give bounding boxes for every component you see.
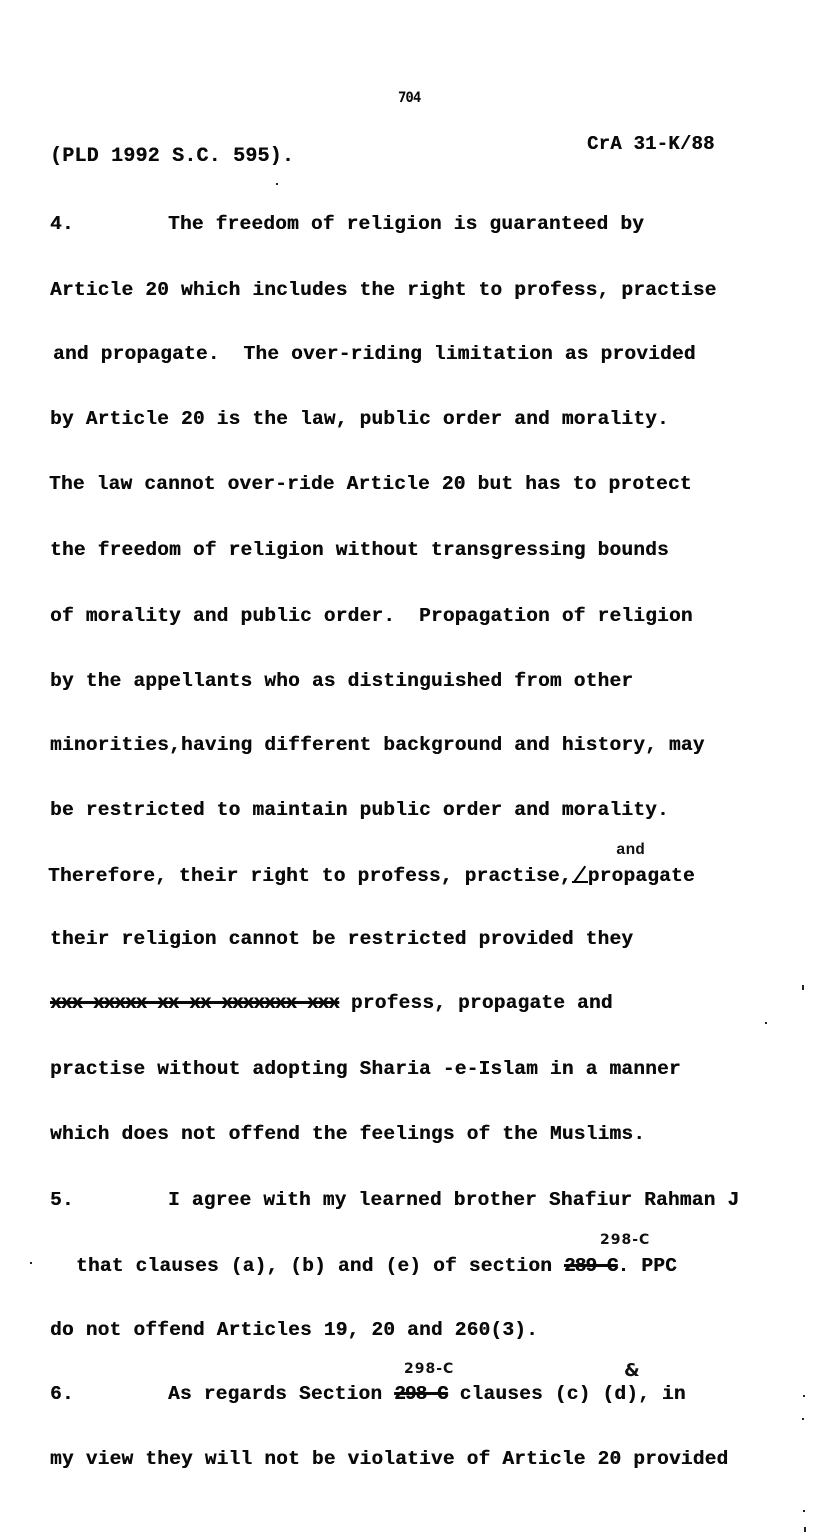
handwritten-ampersand-insert: &: [624, 1360, 641, 1381]
text: I agree with my learned brother Shafiur …: [168, 1189, 739, 1211]
scan-speck: [802, 1418, 804, 1420]
paragraph-4-line-14: practise without adopting Sharia -e-Isla…: [50, 1058, 681, 1080]
text: The freedom of religion is guaranteed by: [168, 213, 644, 235]
text: profess, propagate and: [351, 992, 613, 1014]
struck-section-number: 298-C: [394, 1383, 448, 1405]
handwritten-correction: 298-C: [600, 1232, 650, 1248]
text: Therefore, their right to profess, pract…: [48, 865, 572, 887]
paragraph-4-line-7: of morality and public order. Propagatio…: [50, 605, 693, 627]
caret-insert-icon: [572, 863, 588, 883]
paragraph-4-line-3: and propagate. The over-riding limitatio…: [53, 343, 696, 365]
paragraph-4-line-5: The law cannot over-ride Article 20 but …: [49, 473, 692, 495]
paragraph-4-line-9: minorities,having different background a…: [50, 734, 705, 756]
text: that clauses (a), (b) and (e) of section: [76, 1255, 552, 1277]
paragraph-4-line-10: be restricted to maintain public order a…: [50, 799, 669, 821]
paragraph-4-line-6: the freedom of religion without transgre…: [50, 539, 669, 561]
paragraph-4-line-8: by the appellants who as distinguished f…: [50, 670, 633, 692]
paragraph-6-line-1: 6.As regards Section 298-C clauses (c) (…: [50, 1383, 686, 1405]
paragraph-number: 6.: [50, 1383, 168, 1405]
scan-speck: [30, 1262, 32, 1264]
scan-speck: [765, 1022, 767, 1024]
scan-speck: [803, 1395, 805, 1397]
text: . PPC: [618, 1255, 678, 1277]
paragraph-5-line-1: 5.I agree with my learned brother Shafiu…: [50, 1189, 739, 1211]
paragraph-number: 5.: [50, 1189, 168, 1211]
scan-speck: [802, 985, 804, 990]
case-number: CrA 31-K/88: [587, 133, 715, 155]
paragraph-5-line-2: that clauses (a), (b) and (e) of section…: [76, 1255, 677, 1277]
struck-section-number: 289-C: [564, 1255, 618, 1277]
scan-speck: [803, 1510, 805, 1512]
handwritten-insert-and: and: [616, 841, 645, 859]
paragraph-5-line-3: do not offend Articles 19, 20 and 260(3)…: [50, 1319, 538, 1341]
text: As regards Section: [168, 1383, 382, 1405]
citation: (PLD 1992 S.C. 595).: [50, 146, 294, 168]
scan-speck: [804, 1527, 806, 1532]
paragraph-4-line-2: Article 20 which includes the right to p…: [50, 279, 717, 301]
scan-speck: [276, 183, 278, 185]
paragraph-4-line-11: Therefore, their right to profess, pract…: [48, 863, 695, 887]
paragraph-4-line-13: xxx xxxxx xx xx xxxxxxx xxx profess, pro…: [50, 992, 613, 1014]
paragraph-4-line-12: their religion cannot be restricted prov…: [50, 928, 633, 950]
paragraph-6-line-2: my view they will not be violative of Ar…: [50, 1448, 728, 1470]
scanned-document-page: 704 (PLD 1992 S.C. 595). CrA 31-K/88 4.T…: [0, 0, 840, 1540]
text: propagate: [588, 865, 695, 887]
paragraph-4-line-4: by Article 20 is the law, public order a…: [50, 408, 669, 430]
text: (d), in: [602, 1383, 685, 1405]
paragraph-4-line-1: 4.The freedom of religion is guaranteed …: [50, 213, 644, 235]
text: clauses (c): [460, 1383, 591, 1405]
handwritten-correction: 298-C: [404, 1361, 454, 1377]
paragraph-4-line-15: which does not offend the feelings of th…: [50, 1123, 645, 1145]
overtyped-text: xxx xxxxx xx xx xxxxxxx xxx: [50, 992, 339, 1014]
paragraph-number: 4.: [50, 213, 168, 235]
page-number: 704: [398, 90, 420, 106]
